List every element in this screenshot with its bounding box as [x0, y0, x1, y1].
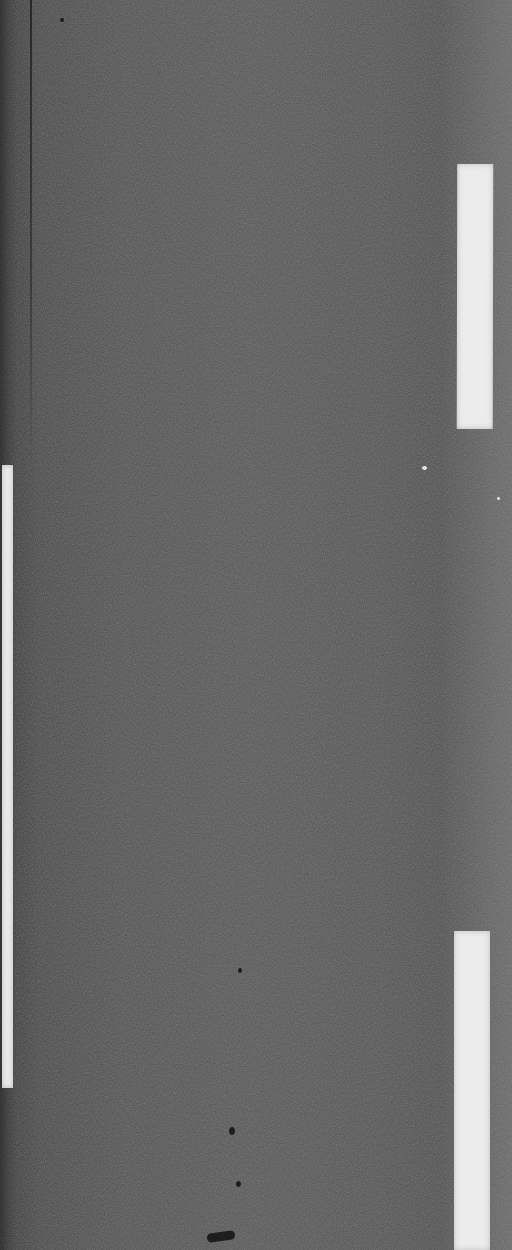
asphalt-texture	[0, 0, 512, 1250]
oil-stain	[238, 968, 242, 973]
right-dashed-stripe-lower	[454, 931, 490, 1250]
left-edge-line	[2, 465, 13, 1088]
oil-stain	[236, 1181, 241, 1187]
pavement-seam-crack	[30, 0, 32, 470]
road-surface-photo: Top-down view of an asphalt road surface…	[0, 0, 512, 1250]
oil-stain	[229, 1127, 235, 1135]
right-dashed-stripe-upper	[457, 164, 493, 429]
debris-speck	[422, 466, 427, 470]
tire-mark-stain	[207, 1230, 236, 1243]
oil-stain	[60, 18, 64, 22]
debris-speck	[497, 497, 500, 500]
